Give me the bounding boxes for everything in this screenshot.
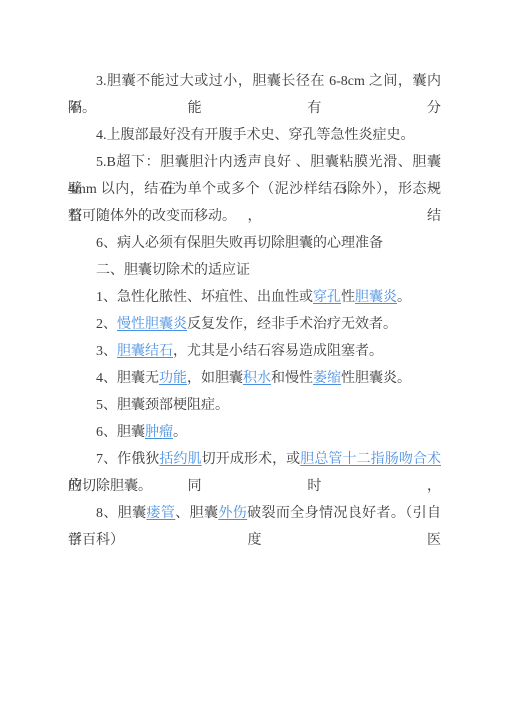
text-segment: 3.胆囊不能过大或过小，胆囊长径在 6-8cm 之间，囊内不能有分: [68, 74, 441, 116]
text-line: 8、胆囊瘘管、胆囊外伤破裂而全身情况良好者。（引自百度医: [68, 500, 441, 527]
text-segment: 二、胆囊切除术的适应证: [96, 263, 250, 278]
inline-link[interactable]: 胆囊炎: [355, 290, 397, 305]
inline-link[interactable]: 胆囊结石: [117, 344, 173, 359]
inline-link[interactable]: 萎缩: [313, 371, 341, 386]
inline-link[interactable]: 肿瘤: [145, 425, 173, 440]
text-segment: 8、胆囊: [96, 506, 147, 521]
text-line: 5、胆囊颈部梗阻症。: [68, 392, 441, 419]
text-segment: 性: [341, 290, 355, 305]
text-line: 7、作俄狄括约肌切开成形术，或胆总管十二指肠吻合术的同时，: [68, 446, 441, 473]
inline-link[interactable]: 积水: [243, 371, 271, 386]
text-segment: 1、急性化脓性、坏疽性、出血性或: [96, 290, 313, 305]
text-segment: 应切除胆囊。: [68, 479, 152, 494]
text-segment: 5、胆囊颈部梗阻症。: [96, 398, 229, 413]
text-segment: ，如胆囊: [187, 371, 243, 386]
text-line: 3、胆囊结石，尤其是小结石容易造成阻塞者。: [68, 338, 441, 365]
inline-link[interactable]: 括约肌: [159, 452, 201, 467]
text-segment: 6、胆囊: [96, 425, 145, 440]
inline-link[interactable]: 胆总管十二指肠吻合术: [300, 452, 441, 467]
text-segment: 2、: [96, 317, 117, 332]
text-segment: 和慢性: [271, 371, 313, 386]
document-page: 3.胆囊不能过大或过小，胆囊长径在 6-8cm 之间，囊内不能有分隔。4.上腹部…: [0, 0, 508, 720]
text-segment: 性胆囊炎。: [341, 371, 411, 386]
text-segment: 7、作俄狄: [96, 452, 159, 467]
text-segment: 、胆囊: [175, 506, 218, 521]
text-line: 6、病人必须有保胆失败再切除胆囊的心理准备: [68, 230, 441, 257]
text-segment: 切开成形术，或: [202, 452, 301, 467]
document-body: 3.胆囊不能过大或过小，胆囊长径在 6-8cm 之间，囊内不能有分隔。4.上腹部…: [68, 68, 441, 554]
text-line: 1、急性化脓性、坏疽性、出血性或穿孔性胆囊炎。: [68, 284, 441, 311]
inline-link[interactable]: 穿孔: [313, 290, 341, 305]
text-line: 5.B超下：胆囊胆汁内透声良好 、胆囊粘膜光滑、胆囊壁在 3～: [68, 149, 441, 176]
text-line: 4.上腹部最好没有开腹手术史、穿孔等急性炎症史。: [68, 122, 441, 149]
text-segment: 4.上腹部最好没有开腹手术史、穿孔等急性炎症史。: [96, 128, 415, 143]
inline-link[interactable]: 瘘管: [147, 506, 176, 521]
text-segment: 反复发作，经非手术治疗无效者。: [187, 317, 397, 332]
text-segment: ，尤其是小结石容易造成阻塞者。: [173, 344, 383, 359]
text-segment: 。: [397, 290, 411, 305]
text-line: 6、胆囊肿瘤。: [68, 419, 441, 446]
text-segment: 石可随体外的改变而移动。: [68, 209, 236, 224]
text-line: 2、慢性胆囊炎反复发作，经非手术治疗无效者。: [68, 311, 441, 338]
text-line: 3.胆囊不能过大或过小，胆囊长径在 6-8cm 之间，囊内不能有分: [68, 68, 441, 95]
text-line: 4mm 以内，结石为单个或多个（泥沙样结石除外），形态规整，结: [68, 176, 441, 203]
text-segment: 。: [173, 425, 187, 440]
inline-link[interactable]: 功能: [159, 371, 187, 386]
text-segment: 6、病人必须有保胆失败再切除胆囊的心理准备: [96, 236, 383, 251]
inline-link[interactable]: 外伤: [218, 506, 247, 521]
text-segment: 3、: [96, 344, 117, 359]
text-line: 4、胆囊无功能，如胆囊积水和慢性萎缩性胆囊炎。: [68, 365, 441, 392]
text-line: 二、胆囊切除术的适应证: [68, 257, 441, 284]
inline-link[interactable]: 慢性胆囊炎: [117, 317, 187, 332]
text-segment: 4、胆囊无: [96, 371, 159, 386]
text-segment: 隔。: [68, 101, 96, 116]
text-segment: 学百科）: [68, 533, 124, 548]
